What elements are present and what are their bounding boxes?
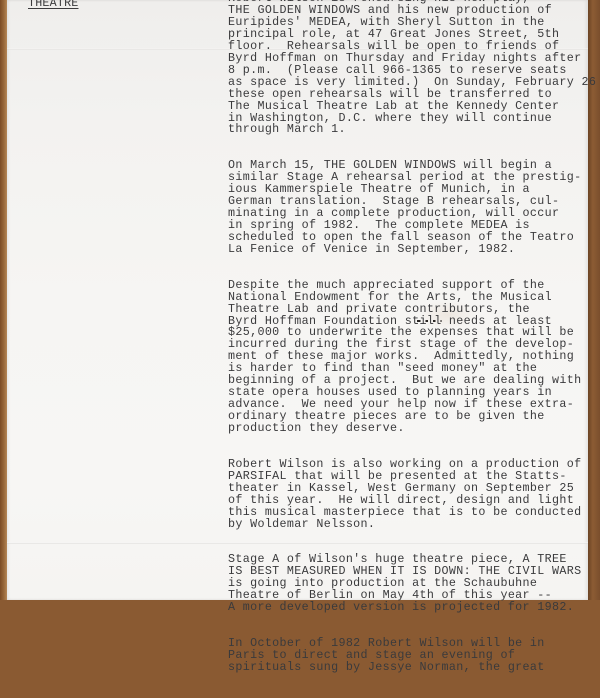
wood-background-right bbox=[588, 0, 600, 600]
text-line: Theatre of Berlin on May 4th of this yea… bbox=[228, 590, 583, 600]
text-line: production they deserve. bbox=[228, 423, 583, 435]
paragraph: Stage A of Wilson's huge theatre piece, … bbox=[228, 554, 583, 600]
text-line: through March 1. bbox=[228, 124, 583, 136]
paragraph: Robert Wilson is rehearsing his new play… bbox=[228, 0, 583, 136]
text-line: La Fenice of Venice in September, 1982. bbox=[228, 244, 583, 256]
paragraph: Robert Wilson is also working on a produ… bbox=[228, 459, 583, 531]
paragraph: Despite the much appreciated support of … bbox=[228, 280, 583, 435]
wood-background-left bbox=[0, 0, 7, 600]
paragraph: On March 15, THE GOLDEN WINDOWS will beg… bbox=[228, 160, 583, 256]
body-text-column: Robert Wilson is rehearsing his new play… bbox=[228, 0, 583, 600]
section-heading-theatre: THEATRE bbox=[28, 0, 79, 10]
text-line: by Woldemar Nelsson. bbox=[228, 519, 583, 531]
typewritten-page: THEATRE Robert Wilson is rehearsing his … bbox=[7, 0, 588, 600]
